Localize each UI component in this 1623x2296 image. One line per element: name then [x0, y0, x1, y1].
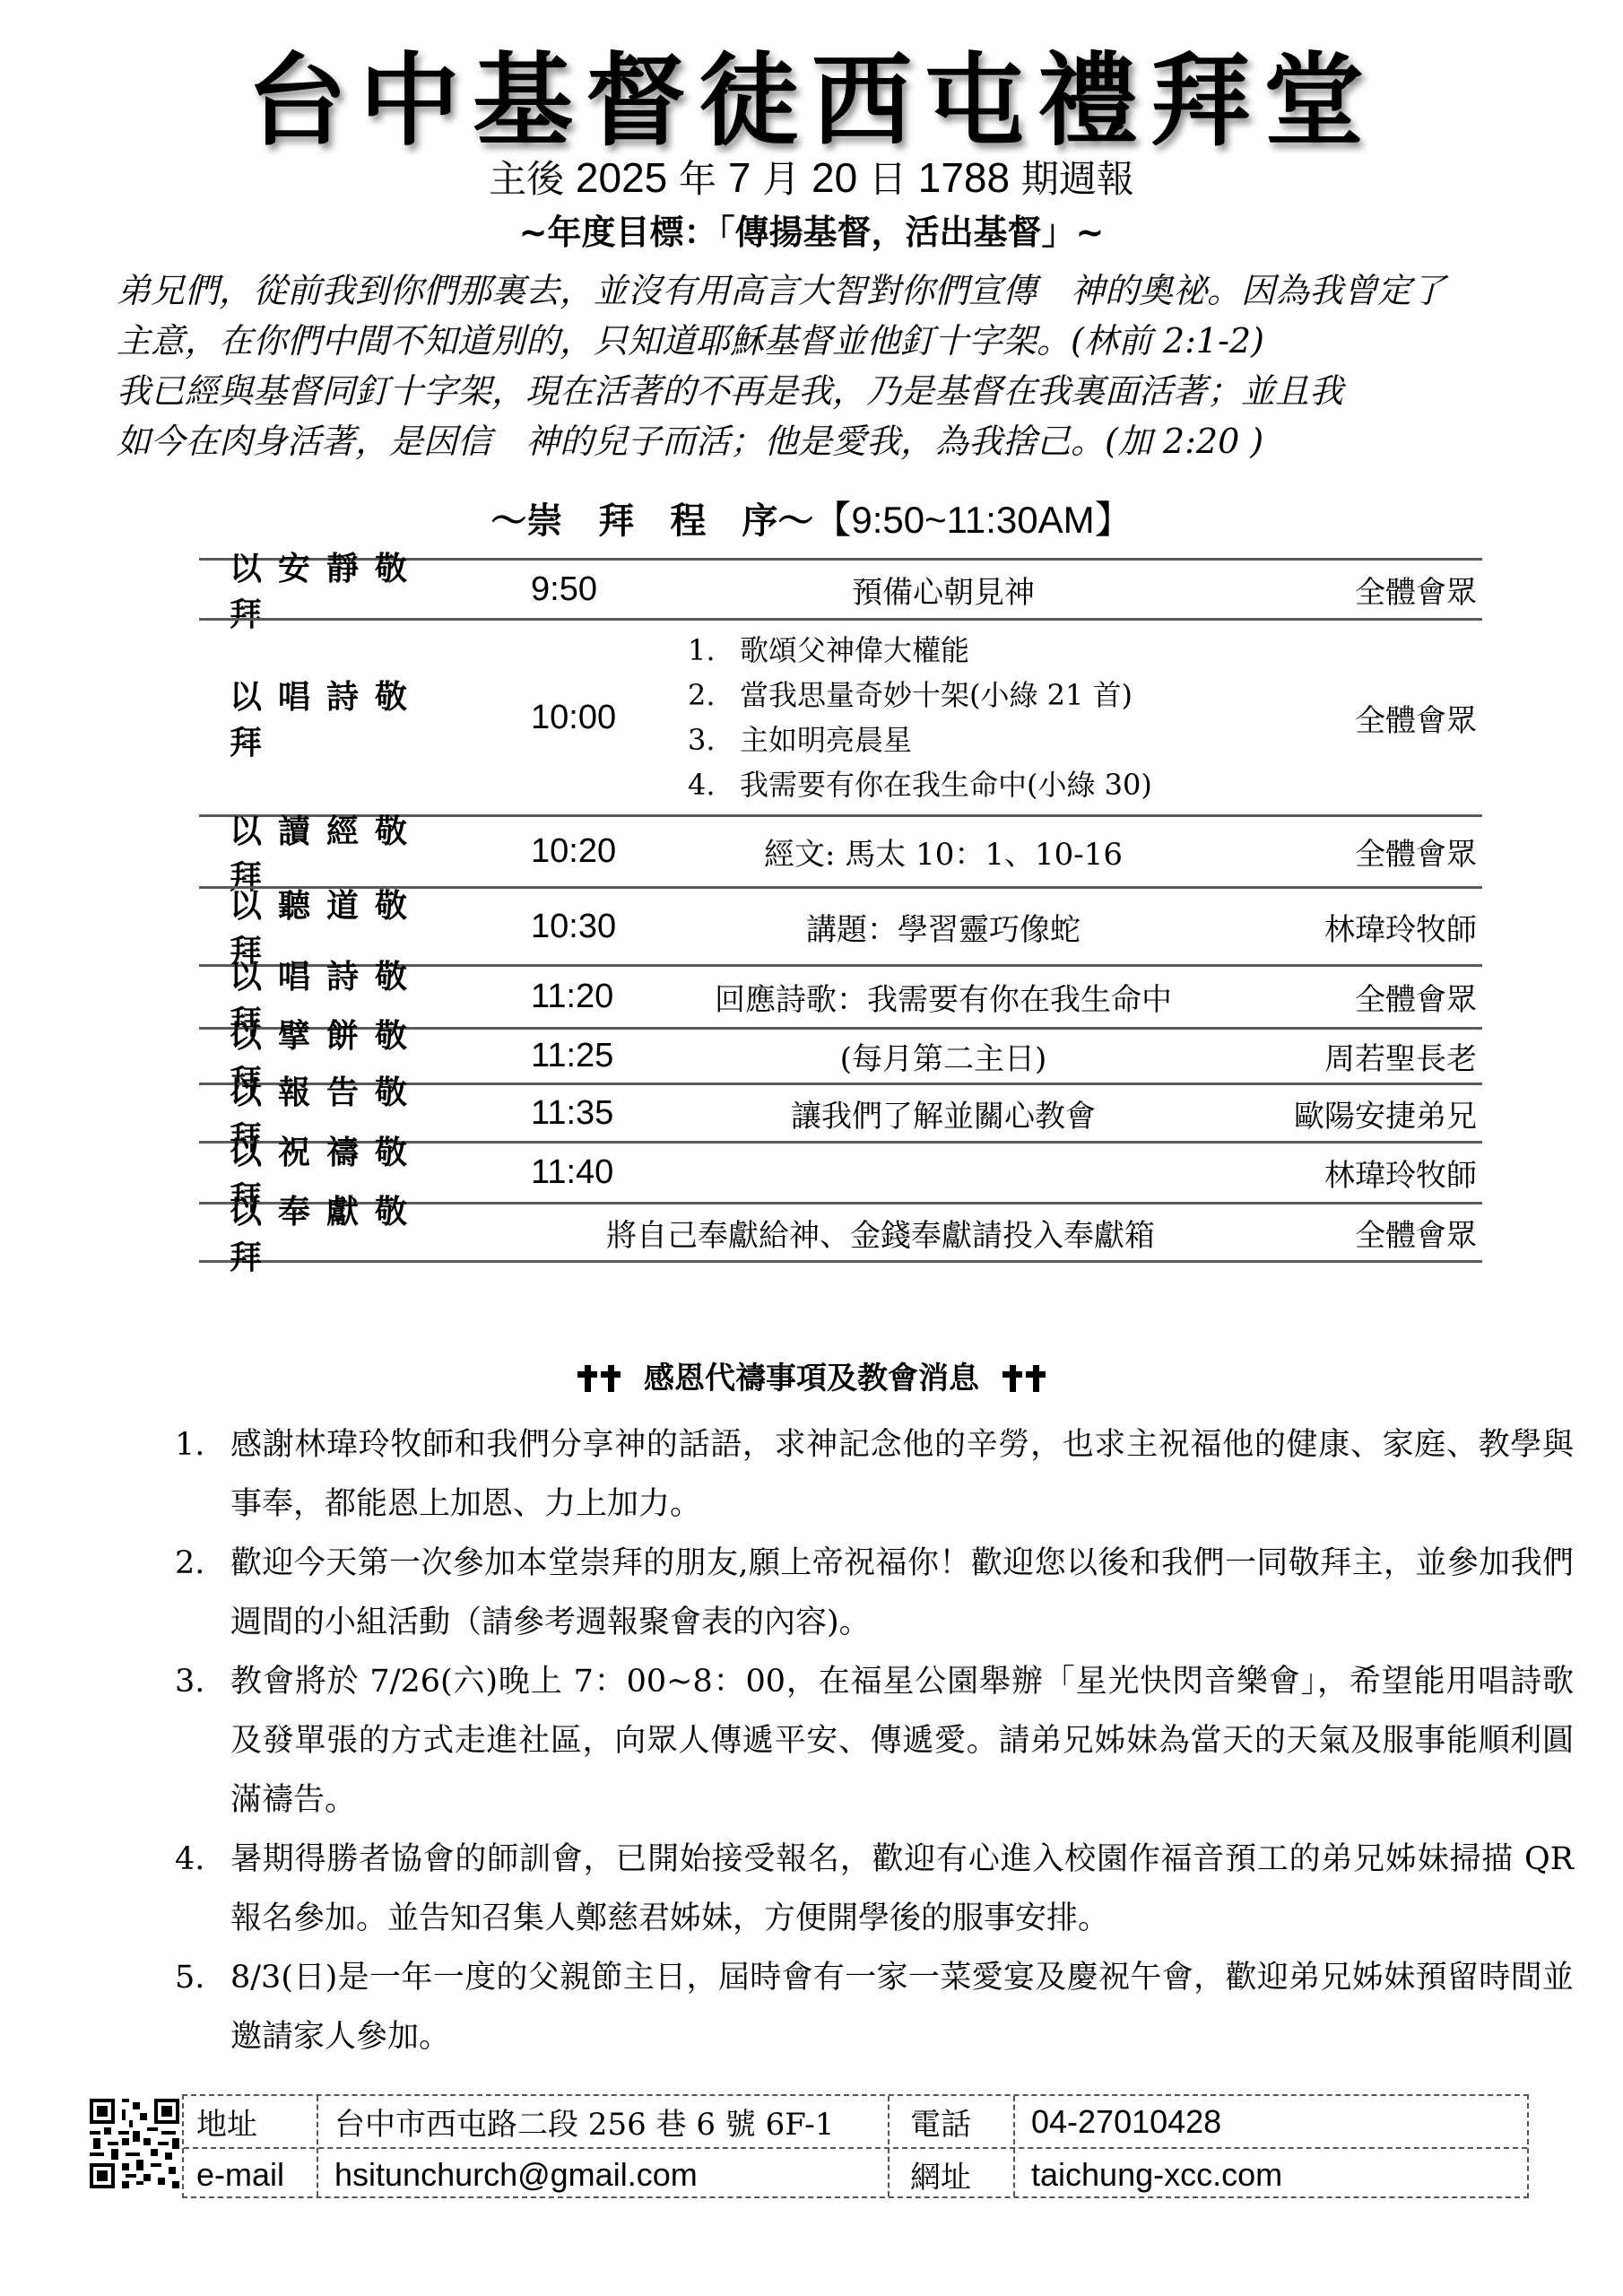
issue-day: 20	[811, 154, 857, 201]
contact-row: 地址 台中市西屯路二段 256 巷 6 號 6F-1 電話 04-2701042…	[184, 2096, 1527, 2147]
year-unit: 年	[679, 157, 716, 201]
item-leader: 全體會眾	[1226, 621, 1477, 814]
scripture-block: 弟兄們，從前我到你們那裏去，並沒有用高言大智對你們宣傳 神的奧祕。因為我曾定了 …	[117, 265, 1551, 466]
announcements-heading: 感恩代禱事項及教會消息	[0, 1359, 1623, 1398]
church-title: 台中基督徒西屯禮拜堂	[0, 43, 1623, 160]
item-time: 11:25	[531, 1030, 674, 1083]
annual-goal: ~年度目標：「傳揚基督，活出基督」~	[0, 211, 1623, 254]
announcements-title: 感恩代禱事項及教會消息	[644, 1361, 979, 1396]
month-unit: 月	[762, 157, 800, 201]
item-time: 11:40	[531, 1144, 674, 1202]
table-row: 以奉獻敬拜 將自己奉獻給神、金錢奉獻請投入奉獻箱 全體會眾	[199, 1202, 1482, 1263]
worship-order-title: ～崇 拜 程 序～	[490, 500, 813, 542]
qr-code-icon[interactable]	[90, 2099, 179, 2188]
item-leader: 全體會眾	[1226, 967, 1477, 1027]
worship-time-range: 【9:50~11:30AM】	[813, 499, 1132, 541]
item-time: 10:30	[531, 889, 674, 964]
email-label: e-mail	[196, 2149, 284, 2200]
item-content: 讓我們了解並關心教會	[665, 1085, 1221, 1141]
item-content: 預備心朝見神	[665, 561, 1221, 618]
announcement-item: 3.教會將於 7/26(六)晚上 7：00~8：00，在福星公園舉辦「星光快閃音…	[175, 1652, 1574, 1830]
song-item: 1.歌頌父神偉大權能	[688, 628, 1152, 673]
scripture-line: 我已經與基督同釘十字架，現在活著的不再是我，乃是基督在我裏面活著；並且我	[117, 366, 1551, 416]
announcements-list: 1.感謝林瑋玲牧師和我們分享神的話語，求神記念他的辛勞，也求主祝福他的健康、家庭…	[175, 1415, 1574, 2066]
item-leader: 歐陽安捷弟兄	[1226, 1085, 1477, 1141]
announcement-item: 1.感謝林瑋玲牧師和我們分享神的話語，求神記念他的辛勞，也求主祝福他的健康、家庭…	[175, 1415, 1574, 1534]
item-name: 以奉獻敬拜	[230, 1205, 463, 1260]
item-leader: 全體會眾	[1226, 1205, 1477, 1260]
item-leader: 林瑋玲牧師	[1226, 1144, 1477, 1202]
table-row: 以讀經敬拜 10:20 經文: 馬太 10：1、10-16 全體會眾	[199, 814, 1482, 886]
issue-line: 主後 2025 年 7 月 20 日 1788 期週報	[0, 152, 1623, 204]
item-leader: 全體會眾	[1226, 561, 1477, 618]
scripture-line: 主意，在你們中間不知道別的，只知道耶穌基督並他釘十字架。(林前 2:1-2)	[117, 316, 1551, 366]
item-leader: 林瑋玲牧師	[1226, 889, 1477, 964]
item-time: 9:50	[531, 561, 674, 618]
scripture-line: 如今在肉身活著，是因信 神的兒子而活；他是愛我，為我捨己。(加 2:20 )	[117, 416, 1551, 466]
item-time: 10:20	[531, 817, 674, 886]
issue-number: 1788	[918, 154, 1010, 201]
website-label: 網址	[910, 2149, 971, 2200]
item-content: 經文: 馬太 10：1、10-16	[665, 817, 1221, 886]
song-list: 1.歌頌父神偉大權能 2.當我思量奇妙十架(小綠 21 首) 3.主如明亮晨星 …	[688, 621, 1244, 814]
phone-value[interactable]: 04-27010428	[1031, 2096, 1221, 2147]
website-value[interactable]: taichung-xcc.com	[1031, 2149, 1282, 2200]
announcement-item: 2.歡迎今天第一次參加本堂崇拜的朋友,願上帝祝福你！歡迎您以後和我們一同敬拜主，…	[175, 1534, 1574, 1652]
contact-row: e-mail hsitunchurch@gmail.com 網址 taichun…	[184, 2147, 1527, 2200]
cross-icon	[1026, 1365, 1046, 1392]
email-value[interactable]: hsitunchurch@gmail.com	[334, 2149, 698, 2200]
item-content: 將自己奉獻給神、金錢奉獻請投入奉獻箱	[540, 1205, 1221, 1260]
address-value: 台中市西屯路二段 256 巷 6 號 6F-1	[334, 2096, 834, 2147]
cross-icon	[577, 1365, 597, 1392]
issue-year: 2025	[576, 154, 667, 201]
item-time: 11:20	[531, 967, 674, 1027]
song-item: 4.我需要有你在我生命中(小綠 30)	[688, 762, 1152, 807]
item-content: 講題：學習靈巧像蛇	[665, 889, 1221, 964]
item-content	[665, 1144, 1221, 1202]
item-name: 以安靜敬拜	[230, 561, 463, 618]
day-unit: 日	[869, 157, 907, 201]
announcement-item: 5.8/3(日)是一年一度的父親節主日，屆時會有一家一菜愛宴及慶祝午會，歡迎弟兄…	[175, 1948, 1574, 2066]
phone-label: 電話	[910, 2096, 971, 2147]
issue-suffix: 期週報	[1021, 157, 1134, 201]
song-item: 3.主如明亮晨星	[688, 717, 1152, 762]
item-name: 以唱詩敬拜	[230, 621, 463, 814]
worship-order-heading: ～崇 拜 程 序～【9:50~11:30AM】	[0, 498, 1623, 544]
item-leader: 周若聖長老	[1226, 1030, 1477, 1083]
cross-icon	[601, 1365, 621, 1392]
item-name: 以讀經敬拜	[230, 817, 463, 886]
item-time: 10:00	[531, 621, 674, 814]
announcement-item: 4.暑期得勝者協會的師訓會，已開始接受報名，歡迎有心進入校園作福音預工的弟兄姊妹…	[175, 1830, 1574, 1948]
item-leader: 全體會眾	[1226, 817, 1477, 886]
song-item: 2.當我思量奇妙十架(小綠 21 首)	[688, 673, 1152, 717]
table-row: 以安靜敬拜 9:50 預備心朝見神 全體會眾	[199, 558, 1482, 618]
contact-table: 地址 台中市西屯路二段 256 巷 6 號 6F-1 電話 04-2701042…	[182, 2094, 1529, 2198]
address-label: 地址	[196, 2096, 257, 2147]
table-row: 以唱詩敬拜 10:00 1.歌頌父神偉大權能 2.當我思量奇妙十架(小綠 21 …	[199, 618, 1482, 814]
issue-prefix: 主後	[489, 157, 564, 201]
item-content: 回應詩歌：我需要有你在我生命中	[665, 967, 1221, 1027]
issue-month: 7	[728, 154, 751, 201]
item-content: (每月第二主日)	[665, 1030, 1221, 1083]
item-time: 11:35	[531, 1085, 674, 1141]
scripture-line: 弟兄們，從前我到你們那裏去，並沒有用高言大智對你們宣傳 神的奧祕。因為我曾定了	[117, 265, 1551, 316]
cross-icon	[1002, 1365, 1022, 1392]
